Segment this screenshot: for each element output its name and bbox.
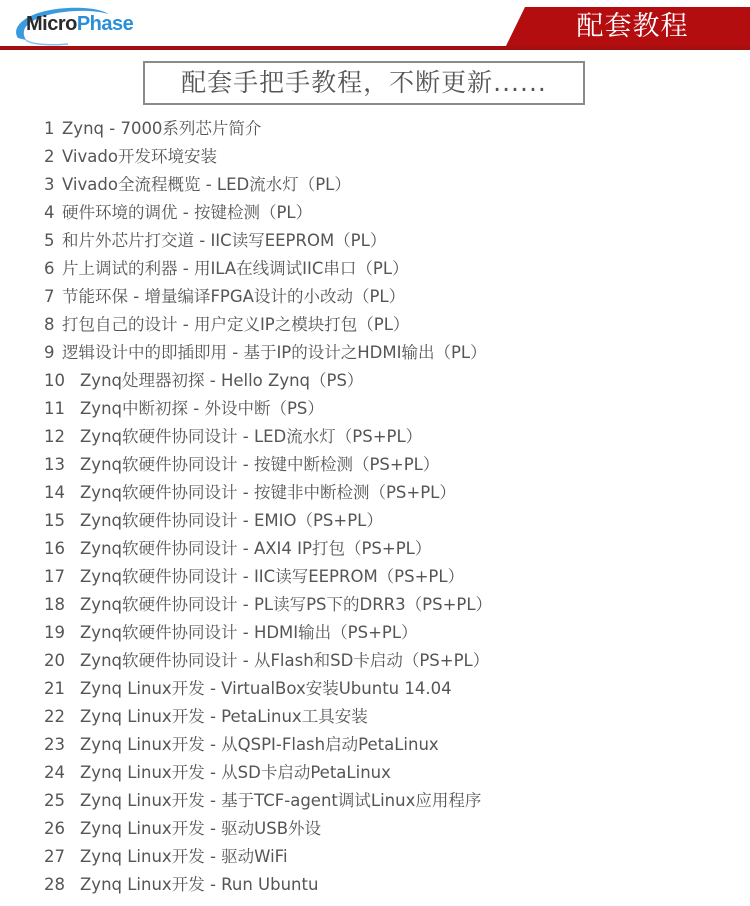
course-number: 9 [44, 339, 55, 367]
course-title: Zynq软硬件协同设计 - IIC读写EEPROM（PS+PL） [80, 563, 464, 591]
course-title: Zynq软硬件协同设计 - EMIO（PS+PL） [80, 507, 383, 535]
course-number: 18 [44, 591, 65, 619]
course-title: 片上调试的利器 - 用ILA在线调试IIC串口（PL） [62, 255, 409, 283]
course-title: 硬件环境的调优 - 按键检测（PL） [62, 199, 312, 227]
banner-title: 配套教程 [565, 8, 700, 46]
course-number: 6 [44, 255, 55, 283]
course-item: 11Zynq中断初探 - 外设中断（PS） [0, 395, 700, 423]
course-title: Zynq软硬件协同设计 - HDMI输出（PS+PL） [80, 619, 418, 647]
microphase-logo: MicroPhase [8, 4, 148, 44]
course-title: Zynq处理器初探 - Hello Zynq（PS） [80, 367, 363, 395]
page-header: MicroPhase 配套教程 [0, 0, 750, 50]
course-number: 25 [44, 787, 65, 815]
course-number: 22 [44, 703, 65, 731]
subtitle-box: 配套手把手教程，不断更新...... [143, 61, 585, 105]
course-title: Zynq Linux开发 - 从QSPI-Flash启动PetaLinux [80, 731, 439, 759]
course-item: 12Zynq软硬件协同设计 - LED流水灯（PS+PL） [0, 423, 700, 451]
subtitle-text: 配套手把手教程，不断更新...... [145, 63, 583, 103]
course-item: 6片上调试的利器 - 用ILA在线调试IIC串口（PL） [0, 255, 700, 283]
course-title: Zynq Linux开发 - 从SD卡启动PetaLinux [80, 759, 391, 787]
course-title: Zynq软硬件协同设计 - LED流水灯（PS+PL） [80, 423, 422, 451]
course-item: 21Zynq Linux开发 - VirtualBox安装Ubuntu 14.0… [0, 675, 700, 703]
course-item: 25Zynq Linux开发 - 基于TCF-agent调试Linux应用程序 [0, 787, 700, 815]
course-item: 10Zynq处理器初探 - Hello Zynq（PS） [0, 367, 700, 395]
course-title: Zynq Linux开发 - PetaLinux工具安装 [80, 703, 368, 731]
course-item: 15Zynq软硬件协同设计 - EMIO（PS+PL） [0, 507, 700, 535]
course-number: 28 [44, 871, 65, 899]
course-number: 26 [44, 815, 65, 843]
course-item: 3Vivado全流程概览 - LED流水灯（PL） [0, 171, 700, 199]
course-number: 27 [44, 843, 65, 871]
course-number: 11 [44, 395, 65, 423]
course-number: 19 [44, 619, 65, 647]
course-number: 7 [44, 283, 55, 311]
course-item: 19Zynq软硬件协同设计 - HDMI输出（PS+PL） [0, 619, 700, 647]
course-title: 逻辑设计中的即插即用 - 基于IP的设计之HDMI输出（PL） [62, 339, 487, 367]
course-item: 16Zynq软硬件协同设计 - AXI4 IP打包（PS+PL） [0, 535, 700, 563]
course-number: 8 [44, 311, 55, 339]
course-item: 20Zynq软硬件协同设计 - 从Flash和SD卡启动（PS+PL） [0, 647, 700, 675]
course-title: Zynq软硬件协同设计 - 从Flash和SD卡启动（PS+PL） [80, 647, 489, 675]
course-number: 16 [44, 535, 65, 563]
course-title: Zynq Linux开发 - 驱动USB外设 [80, 815, 321, 843]
course-number: 10 [44, 367, 65, 395]
course-number: 24 [44, 759, 65, 787]
course-item: 27Zynq Linux开发 - 驱动WiFi [0, 843, 700, 871]
logo-wordmark: MicroPhase [26, 13, 133, 36]
course-title: Zynq - 7000系列芯片简介 [62, 115, 261, 143]
course-number: 5 [44, 227, 55, 255]
course-title: Zynq软硬件协同设计 - 按键非中断检测（PS+PL） [80, 479, 456, 507]
course-item: 28Zynq Linux开发 - Run Ubuntu [0, 871, 700, 899]
course-title: Zynq Linux开发 - VirtualBox安装Ubuntu 14.04 [80, 675, 452, 703]
course-item: 9逻辑设计中的即插即用 - 基于IP的设计之HDMI输出（PL） [0, 339, 700, 367]
course-item: 7节能环保 - 增量编译FPGA设计的小改动（PL） [0, 283, 700, 311]
course-number: 14 [44, 479, 65, 507]
course-title: Zynq软硬件协同设计 - PL读写PS下的DRR3（PS+PL） [80, 591, 492, 619]
course-number: 2 [44, 143, 55, 171]
course-item: 13Zynq软硬件协同设计 - 按键中断检测（PS+PL） [0, 451, 700, 479]
course-number: 13 [44, 451, 65, 479]
course-number: 1 [44, 115, 55, 143]
header-divider [0, 46, 750, 50]
course-item: 4硬件环境的调优 - 按键检测（PL） [0, 199, 700, 227]
course-item: 17Zynq软硬件协同设计 - IIC读写EEPROM（PS+PL） [0, 563, 700, 591]
course-title: 和片外芯片打交道 - IIC读写EEPROM（PL） [62, 227, 386, 255]
course-title: Zynq软硬件协同设计 - 按键中断检测（PS+PL） [80, 451, 439, 479]
course-title: Vivado开发环境安装 [62, 143, 217, 171]
course-item: 18Zynq软硬件协同设计 - PL读写PS下的DRR3（PS+PL） [0, 591, 700, 619]
course-title: 节能环保 - 增量编译FPGA设计的小改动（PL） [62, 283, 405, 311]
course-number: 21 [44, 675, 65, 703]
course-title: Zynq Linux开发 - Run Ubuntu [80, 871, 318, 899]
course-item: 1Zynq - 7000系列芯片简介 [0, 115, 700, 143]
course-item: 24Zynq Linux开发 - 从SD卡启动PetaLinux [0, 759, 700, 787]
course-number: 3 [44, 171, 55, 199]
course-item: 14Zynq软硬件协同设计 - 按键非中断检测（PS+PL） [0, 479, 700, 507]
course-item: 2Vivado开发环境安装 [0, 143, 700, 171]
course-item: 26Zynq Linux开发 - 驱动USB外设 [0, 815, 700, 843]
course-title: Zynq Linux开发 - 驱动WiFi [80, 843, 288, 871]
course-number: 12 [44, 423, 65, 451]
course-title: Zynq Linux开发 - 基于TCF-agent调试Linux应用程序 [80, 787, 481, 815]
course-number: 23 [44, 731, 65, 759]
course-item: 23Zynq Linux开发 - 从QSPI-Flash启动PetaLinux [0, 731, 700, 759]
course-title: Zynq中断初探 - 外设中断（PS） [80, 395, 324, 423]
course-item: 5和片外芯片打交道 - IIC读写EEPROM（PL） [0, 227, 700, 255]
course-number: 17 [44, 563, 65, 591]
course-number: 15 [44, 507, 65, 535]
course-item: 8打包自己的设计 - 用户定义IP之模块打包（PL） [0, 311, 700, 339]
course-number: 20 [44, 647, 65, 675]
course-title: Zynq软硬件协同设计 - AXI4 IP打包（PS+PL） [80, 535, 431, 563]
course-title: Vivado全流程概览 - LED流水灯（PL） [62, 171, 351, 199]
course-number: 4 [44, 199, 55, 227]
course-item: 22Zynq Linux开发 - PetaLinux工具安装 [0, 703, 700, 731]
course-title: 打包自己的设计 - 用户定义IP之模块打包（PL） [62, 311, 409, 339]
